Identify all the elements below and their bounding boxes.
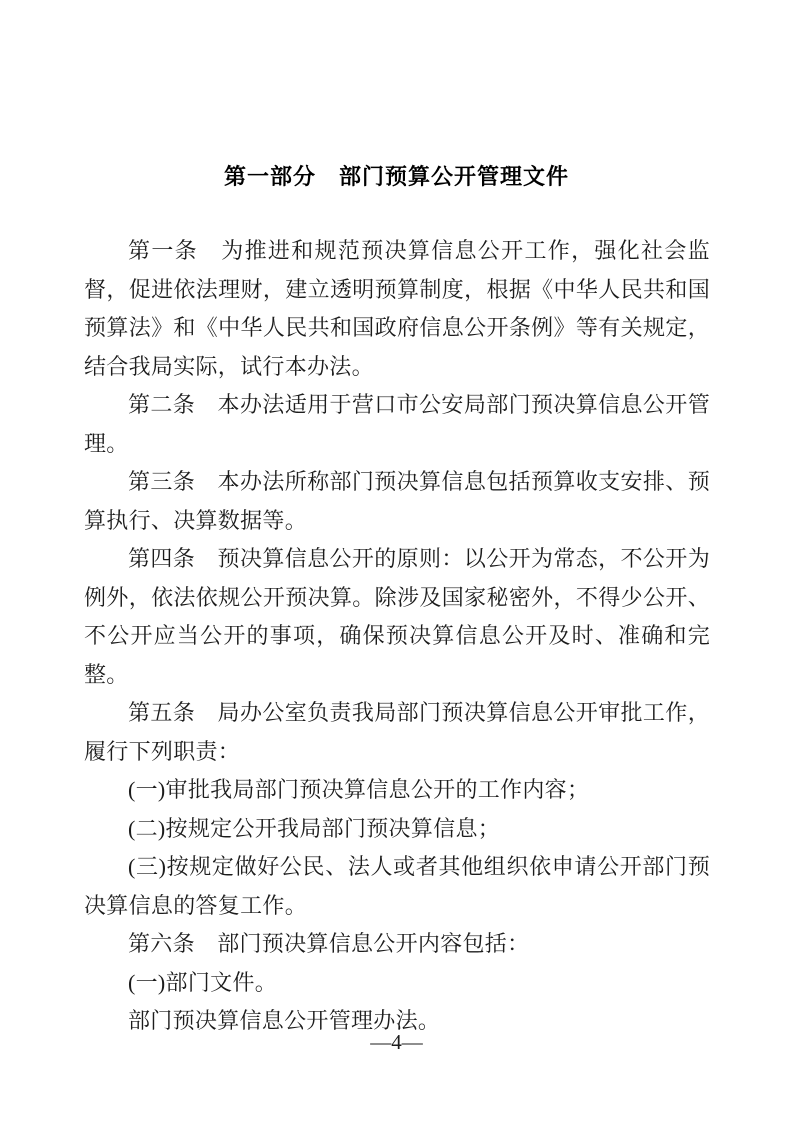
paragraph-10: (一)部门文件。 xyxy=(84,964,710,1003)
paragraph-4: 第四条 预决算信息公开的原则：以公开为常态，不公开为例外，依法依规公开预决算。除… xyxy=(84,540,710,694)
paragraph-9: 第六条 部门预决算信息公开内容包括： xyxy=(84,925,710,964)
paragraph-8: (三)按规定做好公民、法人或者其他组织依申请公开部门预决算信息的答复工作。 xyxy=(84,848,710,925)
document-body: 第一条 为推进和规范预决算信息公开工作，强化社会监督，促进依法理财，建立透明预算… xyxy=(0,232,793,1041)
paragraph-7: (二)按规定公开我局部门预决算信息； xyxy=(84,810,710,849)
document-page: 第一部分 部门预算公开管理文件 第一条 为推进和规范预决算信息公开工作，强化社会… xyxy=(0,0,793,1122)
paragraph-5: 第五条 局办公室负责我局部门预决算信息公开审批工作，履行下列职责： xyxy=(84,694,710,771)
paragraph-2: 第二条 本办法适用于营口市公安局部门预决算信息公开管理。 xyxy=(84,386,710,463)
section-title: 第一部分 部门预算公开管理文件 xyxy=(0,163,793,191)
paragraph-3: 第三条 本办法所称部门预决算信息包括预算收支安排、预算执行、决算数据等。 xyxy=(84,463,710,540)
paragraph-1: 第一条 为推进和规范预决算信息公开工作，强化社会监督，促进依法理财，建立透明预算… xyxy=(84,232,710,386)
paragraph-6: (一)审批我局部门预决算信息公开的工作内容； xyxy=(84,771,710,810)
page-number: —4— xyxy=(0,1030,793,1054)
